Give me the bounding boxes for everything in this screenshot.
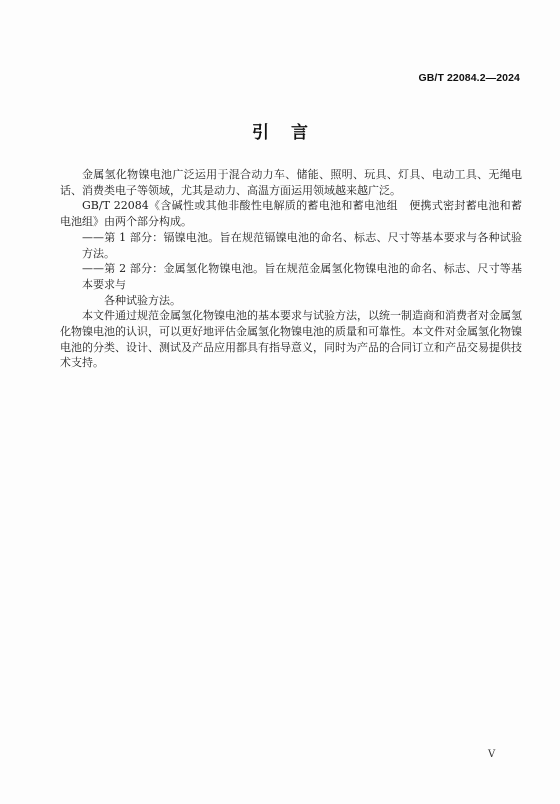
page-title: 引言 [0, 118, 560, 143]
standard-number: GB/T 22084.2—2024 [418, 72, 520, 84]
document-page: GB/T 22084.2—2024 引言 金属氢化物镍电池广泛运用于混合动力车、… [0, 0, 560, 804]
closing-paragraph: 本文件通过规范金属氢化物镍电池的基本要求与试验方法，以统一制造商和消费者对金属氢… [60, 308, 522, 371]
intro-paragraph-2: GB/T 22084《含碱性或其他非酸性电解质的蓄电池和蓄电池组 便携式密封蓄电… [60, 198, 522, 229]
page-number: V [488, 749, 495, 760]
part-1-item: ——第 1 部分：镉镍电池。旨在规范镉镍电池的命名、标志、尺寸等基本要求与各种试… [60, 230, 522, 261]
part-2-item: ——第 2 部分：金属氢化物镍电池。旨在规范金属氢化物镍电池的命名、标志、尺寸等… [60, 261, 522, 308]
part-2-continuation: 各种试验方法。 [82, 293, 522, 309]
part-2-text: ——第 2 部分：金属氢化物镍电池。旨在规范金属氢化物镍电池的命名、标志、尺寸等… [82, 262, 522, 291]
introduction-body: 金属氢化物镍电池广泛运用于混合动力车、储能、照明、玩具、灯具、电动工具、无绳电话… [60, 167, 522, 371]
intro-paragraph-1: 金属氢化物镍电池广泛运用于混合动力车、储能、照明、玩具、灯具、电动工具、无绳电话… [60, 167, 522, 198]
part-1-text: ——第 1 部分：镉镍电池。旨在规范镉镍电池的命名、标志、尺寸等基本要求与各种试… [82, 231, 522, 260]
